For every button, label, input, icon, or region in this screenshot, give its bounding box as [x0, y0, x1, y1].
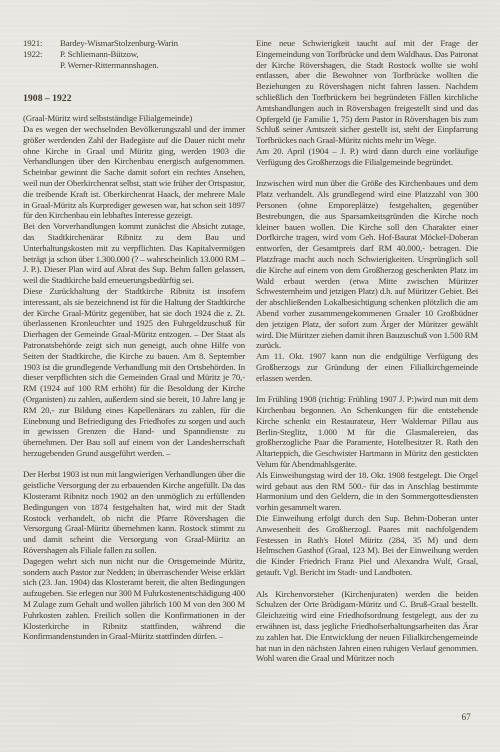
pastor-names: Bardey-WismarStolzenburg-Warin — [60, 38, 245, 49]
paragraph: Bei den Vorverhandlungen kommt zunächst … — [23, 221, 245, 286]
paragraph: (Graal-Müritz wird selbstständige Filial… — [23, 113, 245, 124]
paragraph: Dagegen wehrt sich nun nicht nur die Ort… — [23, 556, 245, 642]
paragraph: Diese Zurückhaltung der Stadtkirche Ribn… — [23, 286, 245, 459]
pastor-year: 1922: — [23, 49, 60, 71]
pastor-name: P. Werner-Rittermannshagen. — [60, 60, 245, 71]
paragraph: Da es wegen der wechselnden Bevölkerungs… — [23, 124, 245, 221]
page-number: 67 — [462, 712, 471, 722]
paragraph: Als Kirchenvorsteher (Kirchenjuraten) we… — [256, 589, 478, 665]
paragraph: Im Frühling 1908 (richtig: Frühling 1907… — [256, 394, 478, 470]
book-page: 1921: Bardey-WismarStolzenburg-Warin 192… — [0, 0, 500, 752]
left-column: 1921: Bardey-WismarStolzenburg-Warin 192… — [23, 38, 245, 642]
paragraph: Inzwischen wird nun über die Größe des K… — [256, 178, 478, 351]
paragraph: Am 20. April (1904 – J. P.) wird dann du… — [256, 146, 478, 168]
paragraph: Als Einweihungstag wird der 18. Okt. 190… — [256, 470, 478, 513]
pastor-year: 1921: — [23, 38, 60, 49]
pastor-list-row: 1922: P. Schliemann-Bützow, P. Werner-Ri… — [23, 49, 245, 71]
paragraph: Am 11. Okt. 1907 kann nun die endgültige… — [256, 351, 478, 383]
pastor-list: 1921: Bardey-WismarStolzenburg-Warin 192… — [23, 38, 245, 70]
pastor-list-row: 1921: Bardey-WismarStolzenburg-Warin — [23, 38, 245, 49]
pastor-name: Bardey-WismarStolzenburg-Warin — [60, 38, 245, 49]
pastor-names: P. Schliemann-Bützow, P. Werner-Ritterma… — [60, 49, 245, 71]
section-heading: 1908 – 1922 — [23, 94, 245, 105]
paragraph: Der Herbst 1903 ist nun mit langwierigen… — [23, 469, 245, 555]
paragraph: Eine neue Schwierigkeit taucht auf mit d… — [256, 38, 478, 146]
right-column: Eine neue Schwierigkeit taucht auf mit d… — [256, 38, 478, 664]
paragraph: Die Einweihung erfolgt durch den Sup. Be… — [256, 513, 478, 578]
pastor-name: P. Schliemann-Bützow, — [60, 49, 245, 60]
